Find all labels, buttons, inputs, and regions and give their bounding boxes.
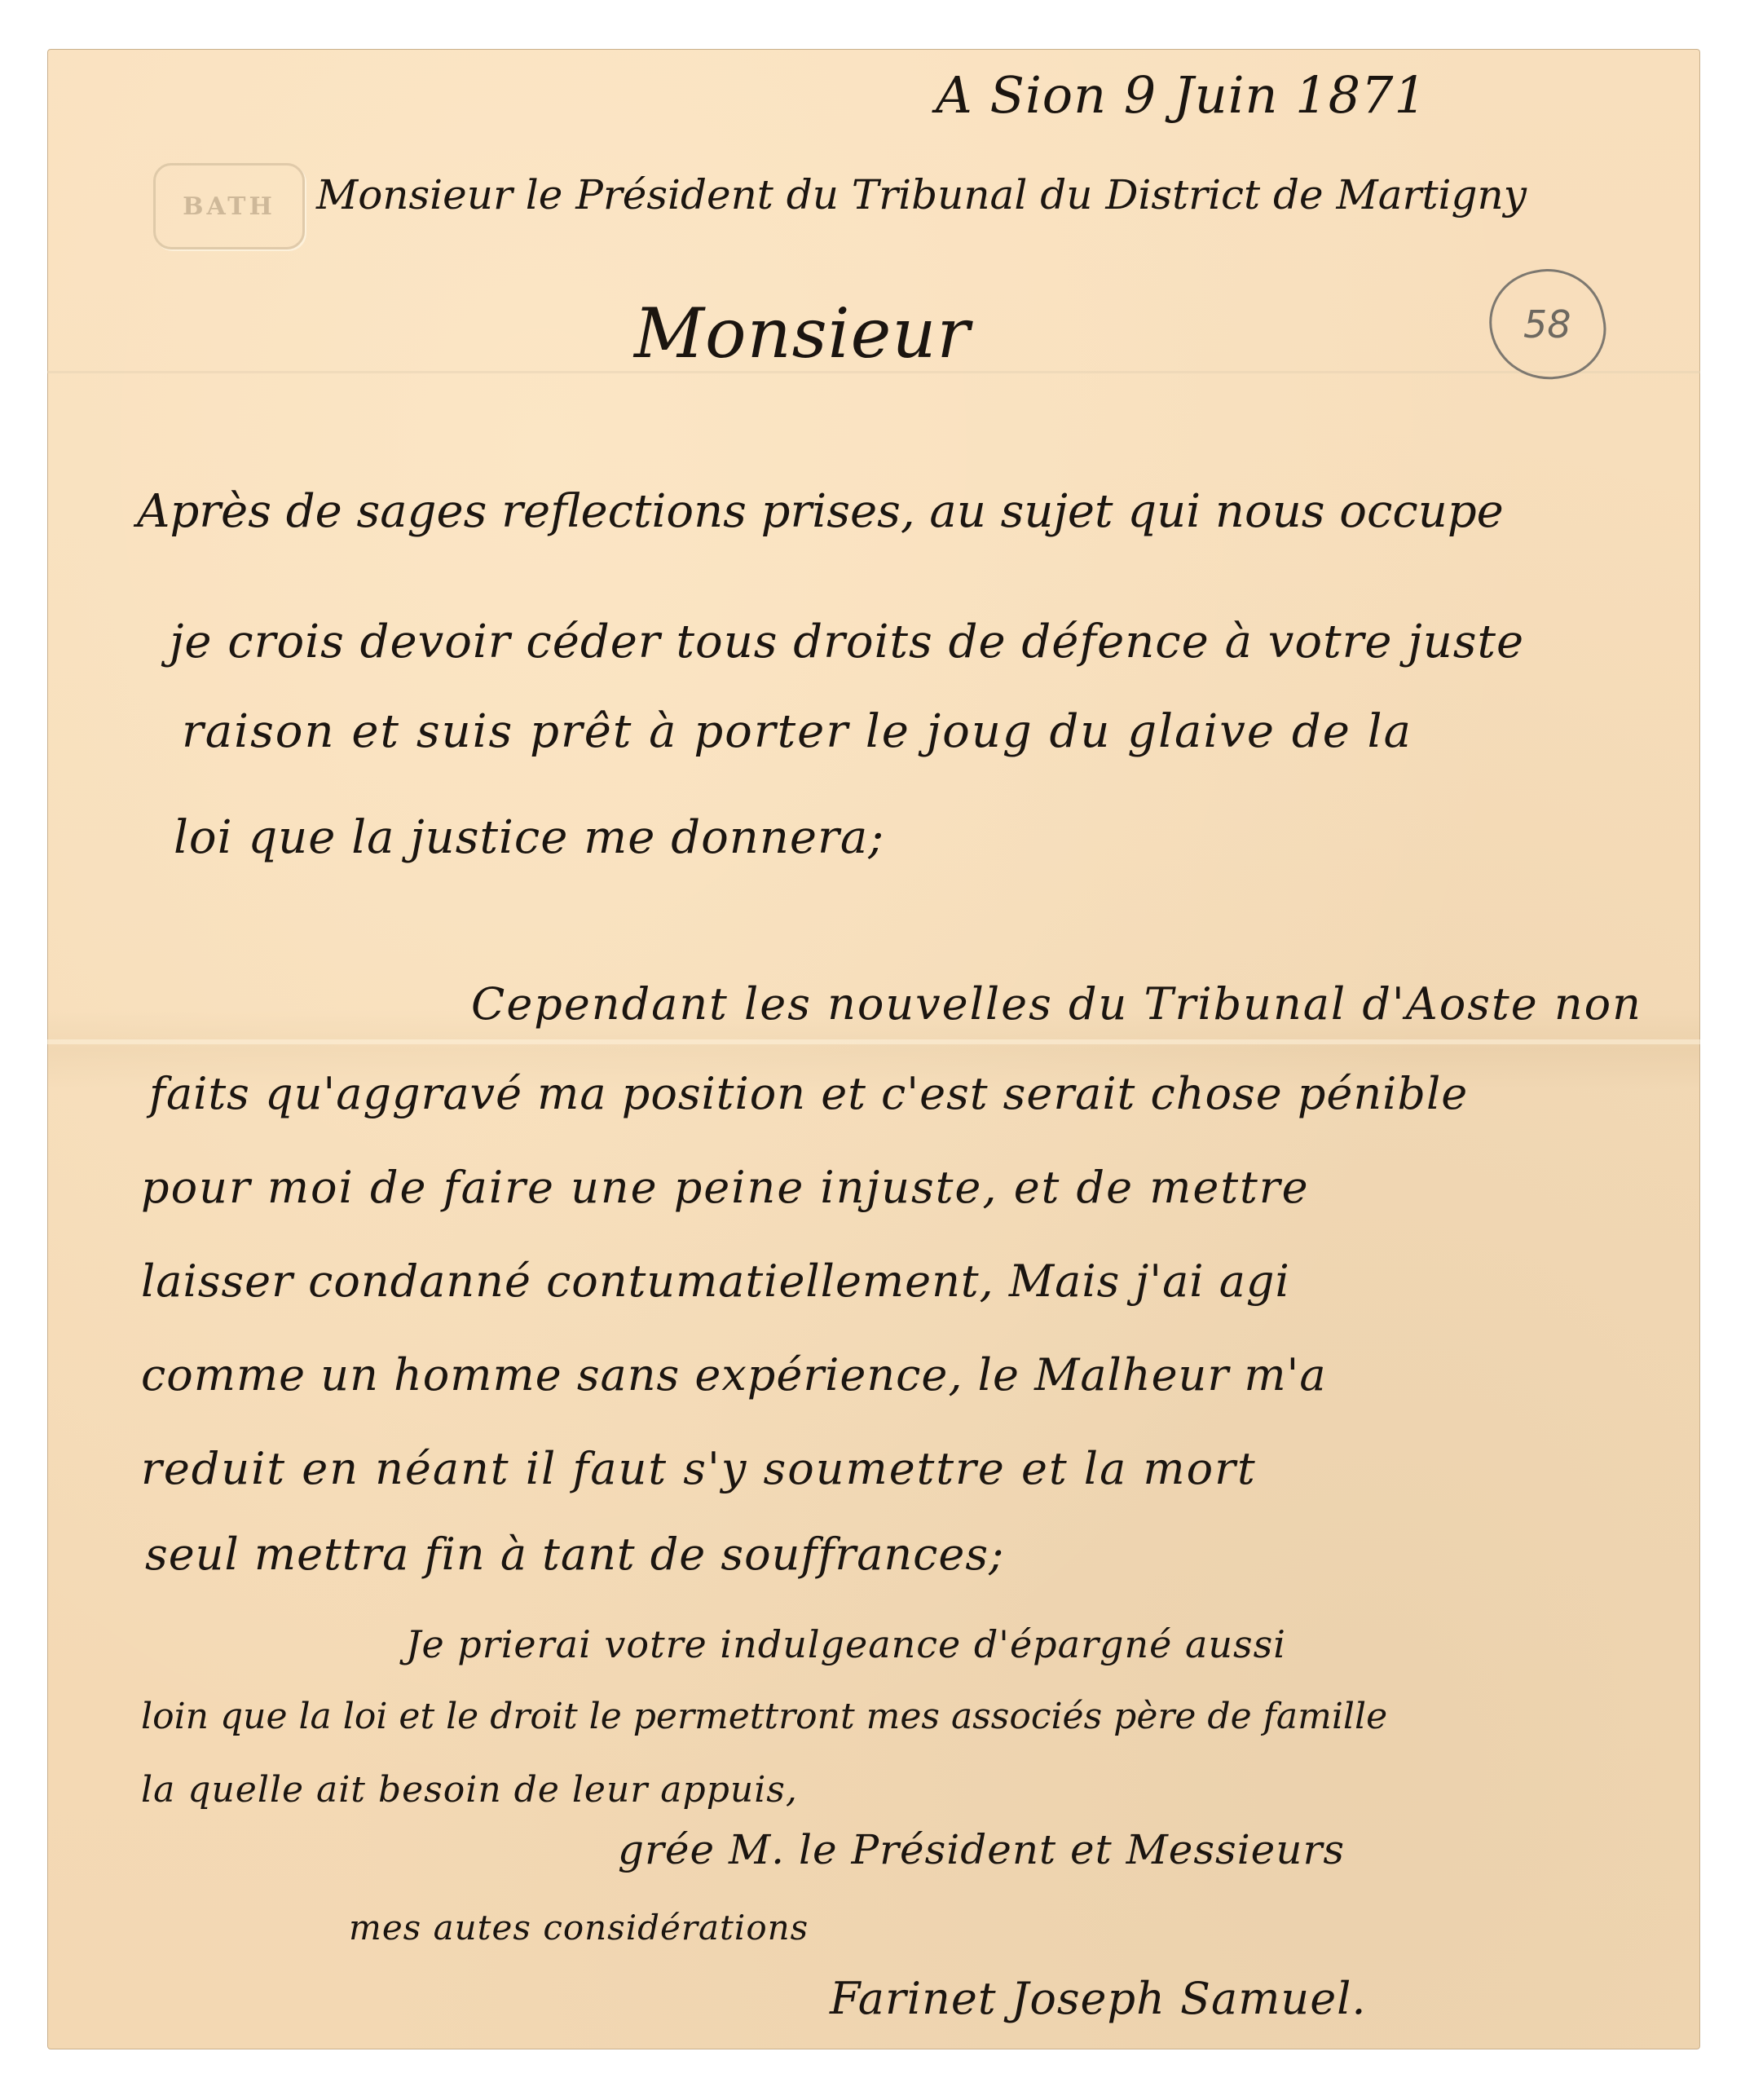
letter-line: reduit en néant il faut s'y soumettre et… <box>141 1443 1257 1494</box>
letter-line: seul mettra fin à tant de souffrances; <box>145 1529 1004 1580</box>
embossed-stamp: BATH <box>153 163 305 249</box>
closing-line: grée M. le Président et Messieurs <box>618 1826 1345 1873</box>
salutation: Monsieur <box>634 293 971 373</box>
letter-line: loi que la justice me donnera; <box>174 811 884 864</box>
addressee: Monsieur le Président du Tribunal du Dis… <box>316 171 1527 218</box>
letter-line: Cependant les nouvelles du Tribunal d'Ao… <box>471 978 1642 1030</box>
letter-line: comme un homme sans expérience, le Malhe… <box>141 1349 1327 1401</box>
paper-fold-line <box>47 1039 1700 1044</box>
letter-line: faits qu'aggravé ma position et c'est se… <box>149 1068 1468 1119</box>
letter-line: Après de sages reflections prises, au su… <box>137 485 1504 538</box>
archive-number: 58 <box>1523 302 1571 346</box>
letter-line: la quelle ait besoin de leur appuis, <box>141 1769 798 1811</box>
letter-line: loin que la loi et le droit le permettro… <box>141 1696 1387 1737</box>
letter-line: Je prierai votre indulgeance d'épargné a… <box>406 1622 1286 1666</box>
letter-line: raison et suis prêt à porter le joug du … <box>182 705 1412 758</box>
letter-paper: BATH 58 A Sion 9 Juin 1871 Monsieur le P… <box>47 49 1700 2049</box>
dateline: A Sion 9 Juin 1871 <box>936 65 1427 125</box>
closing-line: mes autes considérations <box>349 1908 809 1948</box>
letter-line: je crois devoir céder tous droits de déf… <box>170 615 1524 668</box>
letter-line: pour moi de faire une peine injuste, et … <box>141 1162 1310 1213</box>
letter-line: laisser condanné contumatiellement, Mais… <box>141 1255 1290 1307</box>
signature: Farinet Joseph Samuel. <box>830 1973 1367 2024</box>
